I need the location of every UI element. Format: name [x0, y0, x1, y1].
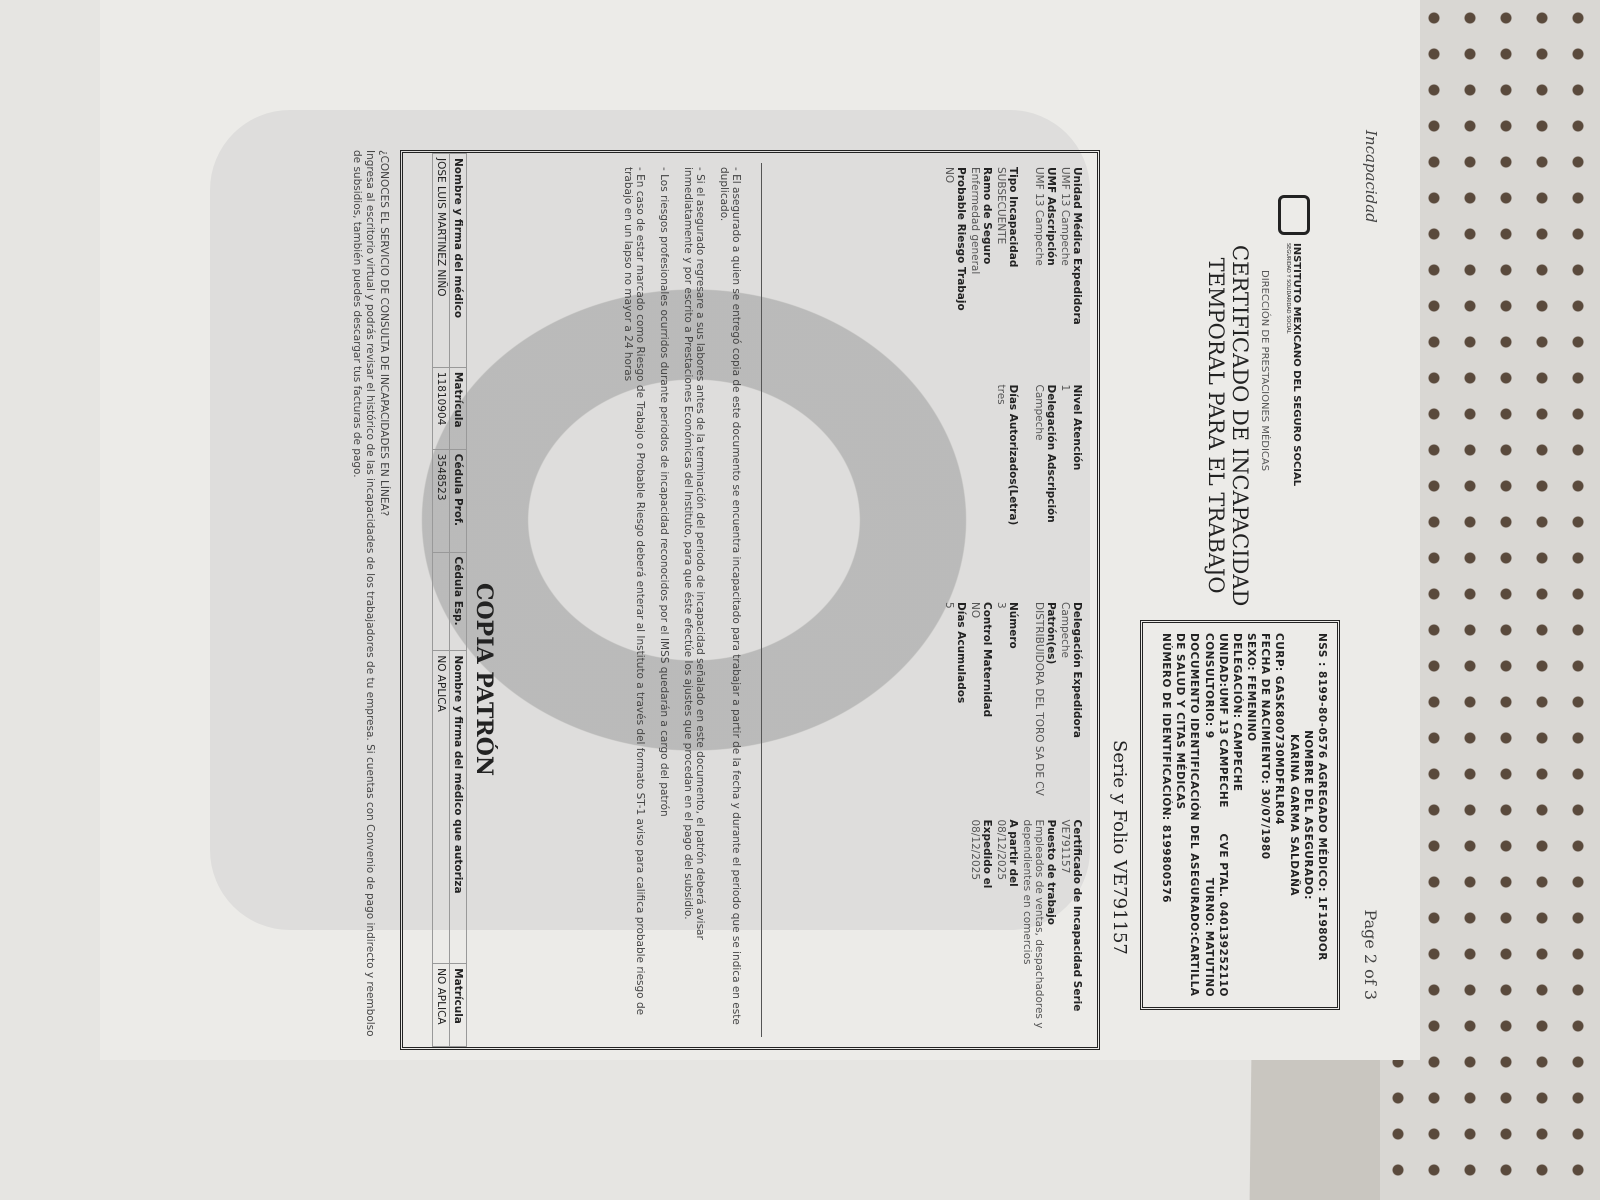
nss-line: NSS : 8199-80-0576 AGREGADO MÉDICO: 1F19… [1315, 633, 1329, 997]
field-label: Delegación Expedidora [1071, 602, 1083, 820]
field-value: Campeche [1059, 602, 1071, 820]
field-label: Certificado de Incapacidad Serie [1071, 820, 1083, 1038]
field: UMF AdscripciónUMF 13 Campeche [1021, 167, 1057, 385]
footer-text: Ingresa al escritorio virtual y podrás r… [349, 150, 376, 1050]
field-row: Ramo de SeguroEnfermedad generalControl … [969, 167, 993, 1037]
field: Patrón(es)DISTRIBUIDORA DEL TORO SA DE C… [1021, 602, 1057, 820]
birth-date: FECHA DE NACIMIENTO: 30/07/1980 [1258, 633, 1272, 997]
field-value: 3 [995, 602, 1007, 820]
field-label: Nivel Atención [1071, 385, 1083, 603]
field-value: VE791157 [1059, 820, 1071, 1038]
field [943, 385, 967, 603]
field-value: tres [995, 385, 1007, 603]
field-value: Campeche [1033, 385, 1045, 603]
field-label: Control Maternidad [981, 602, 993, 820]
field-value: Empleados de ventas, despachadores y dep… [1021, 820, 1045, 1038]
field-value: Enfermedad general [969, 167, 981, 385]
field [969, 385, 993, 603]
table-cell: JOSE LUIS MARTINEZ NIÑO [433, 154, 450, 368]
field-value: DISTRIBUIDORA DEL TORO SA DE CV [1033, 602, 1045, 820]
sex: SEXO: FEMENINO [1244, 633, 1258, 997]
field-label: UMF Adscripción [1045, 167, 1057, 385]
field-label: Delegación Adscripción [1045, 385, 1057, 603]
field: Días Autorizados(Letra)tres [995, 385, 1019, 603]
id-number: NÚMERO DE IDENTIFICACIÓN: 8199800576 [1159, 633, 1173, 997]
field-value: NO [969, 602, 981, 820]
field-row: Tipo IncapacidadSUBSECUENTEDías Autoriza… [995, 167, 1019, 1037]
field-label: Expedido el [981, 820, 993, 1038]
footer-notice: ¿CONOCES EL SERVICIO DE CONSULTA DE INCA… [349, 150, 390, 1050]
field-value: 08/12/2025 [995, 820, 1007, 1038]
field: Nivel Atención1 [1059, 385, 1083, 603]
shift: TURNO: MATUTINO [1201, 878, 1215, 997]
field: Probable Riesgo TrabajoNO [943, 167, 967, 385]
field-value: 08/12/2025 [969, 820, 981, 1038]
field-value: SUBSECUENTE [995, 167, 1007, 385]
field-value: NO [943, 167, 955, 385]
field-label: Probable Riesgo Trabajo [955, 167, 967, 385]
insured-info-box: NSS : 8199-80-0576 AGREGADO MÉDICO: 1F19… [1140, 620, 1340, 1010]
running-title: Incapacidad [1362, 130, 1380, 223]
field-row: Probable Riesgo TrabajoNODías Acumulados… [943, 167, 967, 1037]
direction-label: DIRECCIÓN DE PRESTACIONES MÉDICAS [1259, 270, 1270, 471]
id-document: DOCUMENTO IDENTIFICACIÓN DEL ASEGURADO:C… [1173, 633, 1201, 997]
field: Unidad Médica ExpedidoraUMF 13 Campeche [1059, 167, 1083, 385]
field [943, 820, 967, 1038]
field-value: UMF 13 Campeche [1059, 167, 1071, 385]
field: Control MaternidadNO [969, 602, 993, 820]
field-label: Ramo de Seguro [981, 167, 993, 385]
field-row: UMF AdscripciónUMF 13 CampecheDelegación… [1021, 167, 1057, 1037]
table-cell [433, 552, 450, 651]
institution-name: INSTITUTO MEXICANO DEL SEGURO SOCIAL [1292, 243, 1303, 486]
title-line-2: TEMPORAL PARA EL TRABAJO [1204, 245, 1228, 606]
field: Delegación ExpedidoraCampeche [1059, 602, 1083, 820]
field: Expedido el08/12/2025 [969, 820, 993, 1038]
table-cell: NO APLICA [433, 964, 450, 1047]
field-value: UMF 13 Campeche [1033, 167, 1045, 385]
office: CONSULTORIO: 9 [1201, 633, 1215, 739]
certificate-details-box: Unidad Médica ExpedidoraUMF 13 CampecheN… [400, 150, 1100, 1050]
unit: UNIDAD:UMF 13 CAMPECHE [1216, 633, 1230, 808]
table-row: JOSE LUIS MARTINEZ NIÑO118109043548523NO… [433, 154, 450, 1047]
certificate-page: Incapacidad Page 2 of 3 INSTITUTO MEXICA… [100, 0, 1420, 1060]
doctor-table: Nombre y firma del médicoMatrículaCédula… [432, 153, 467, 1047]
note-item: - En caso de estar marcado como Riesgo d… [622, 167, 646, 1027]
field-label: Tipo Incapacidad [1007, 167, 1019, 385]
field-label: Días Acumulados [955, 602, 967, 820]
footer-question: ¿CONOCES EL SERVICIO DE CONSULTA DE INCA… [376, 150, 390, 1050]
table-header: Nombre y firma del médico [450, 154, 467, 368]
table-header: Cédula Esp. [450, 552, 467, 651]
imss-eagle-logo-icon [1278, 195, 1310, 235]
field-row: Unidad Médica ExpedidoraUMF 13 CampecheN… [1059, 167, 1083, 1037]
field-label: Puesto de trabajo [1045, 820, 1057, 1038]
field-label: Patrón(es) [1045, 602, 1057, 820]
cve-ptal: CVE PTAL. 04013925211O [1216, 834, 1230, 997]
field: Tipo IncapacidadSUBSECUENTE [995, 167, 1019, 385]
institution-logo: INSTITUTO MEXICANO DEL SEGURO SOCIAL SEG… [1278, 195, 1310, 486]
field-value: 5 [943, 602, 955, 820]
field: Certificado de Incapacidad SerieVE791157 [1059, 820, 1083, 1038]
serie-folio: Serie y Folio VE791157 [1109, 740, 1130, 955]
table-header: Matrícula [450, 367, 467, 449]
field: Días Acumulados5 [943, 602, 967, 820]
field: Delegación AdscripciónCampeche [1021, 385, 1057, 603]
field-label: Número [1007, 602, 1019, 820]
table-cell: 11810904 [433, 367, 450, 449]
table-header: Nombre y firma del médico que autoriza [450, 651, 467, 964]
table-header: Cédula Prof. [450, 449, 467, 552]
page-indicator: Page 2 of 3 [1361, 910, 1380, 1000]
field: Número3 [995, 602, 1019, 820]
table-cell: 3548523 [433, 449, 450, 552]
field: Puesto de trabajoEmpleados de ventas, de… [1021, 820, 1057, 1038]
title-line-1: CERTIFICADO DE INCAPACIDAD [1228, 245, 1252, 606]
note-item: - Los riesgos profesionales ocurridos du… [658, 167, 670, 1027]
copy-label: COPIA PATRÓN [471, 583, 497, 776]
field-label: Días Autorizados(Letra) [1007, 385, 1019, 603]
fields-grid: Unidad Médica ExpedidoraUMF 13 CampecheN… [941, 167, 1083, 1037]
curp: CURP: GASK800730MDFRLR04 [1272, 633, 1286, 997]
note-item: - Si el asegurado regresare a sus labore… [682, 167, 706, 1027]
notes-list: - El asegurado a quien se entregó copia … [610, 167, 742, 1027]
field: Ramo de SeguroEnfermedad general [969, 167, 993, 385]
insured-name-label: NOMBRE DEL ASEGURADO: [1301, 633, 1315, 997]
table-header: Matrícula [450, 964, 467, 1047]
delegation: DELEGACIÓN: CAMPECHE [1230, 633, 1244, 997]
field: A partir del08/12/2025 [995, 820, 1019, 1038]
table-cell: NO APLICA [433, 651, 450, 964]
note-item: - El asegurado a quien se entregó copia … [718, 167, 742, 1027]
document-title: CERTIFICADO DE INCAPACIDAD TEMPORAL PARA… [1204, 245, 1252, 606]
field-label: Unidad Médica Expedidora [1071, 167, 1083, 385]
field-label: A partir del [1007, 820, 1019, 1038]
divider [761, 163, 762, 1037]
field-value: 1 [1059, 385, 1071, 603]
insured-name: KARINA GARMA SALDAÑA [1286, 633, 1300, 997]
